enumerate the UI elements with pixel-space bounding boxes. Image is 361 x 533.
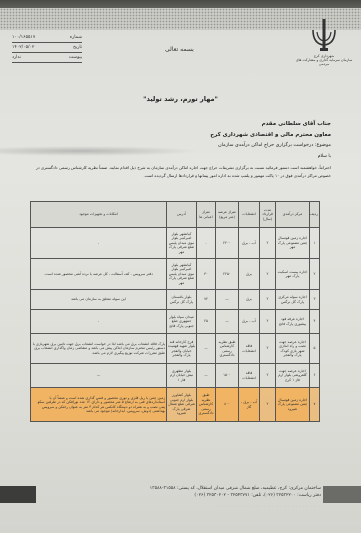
row-number: ۵ — [310, 334, 320, 364]
org-subtitle: سازمان سرمایه گذاری و مشارکت های مردمی — [295, 58, 353, 66]
building-area: ۷۲ — [197, 290, 216, 310]
utilities: آب - برق — [239, 228, 260, 259]
basmala: بسمه تعالی — [165, 46, 194, 53]
land-area: ۸۰۰ — [216, 388, 239, 422]
address: کیانشهر بلوار امیرکبیر بلوار نبوی میدان … — [167, 228, 197, 259]
header-cell: انشعابات — [239, 202, 260, 228]
header-cell: مدت قرارداد (سال) — [260, 202, 276, 228]
footer-bar-right — [323, 486, 361, 503]
table-header-row: ردیف مرکز درآمدی مدت قرارداد (سال) انشعا… — [31, 202, 320, 228]
revenue-center: اجاره غرفه فود پیشوری پارک فاتح — [276, 310, 310, 334]
date-label: تاریخ — [73, 43, 82, 52]
properties-table: ردیف مرکز درآمدی مدت قرارداد (سال) انشعا… — [30, 201, 320, 422]
utilities: آب - برق - گاز — [239, 388, 260, 422]
motto: "مهار تورم، رشد تولید" — [0, 95, 361, 103]
letter-page: شهرداری کرج سازمان سرمایه گذاری و مشارکت… — [0, 8, 361, 533]
utilities: برق — [239, 290, 260, 310]
date-value: ۱۴۰۲/۰۵/۰۲ — [12, 43, 34, 52]
header-cell: متراژ عرصه (متر مربع) — [216, 202, 239, 228]
recipient-name: جناب آقای سلطانی مقدم — [31, 121, 331, 127]
letter-date-row: تاریخ ۱۴۰۲/۰۵/۰۲ — [12, 43, 82, 53]
municipality-emblem-icon — [309, 18, 339, 54]
land-area: — — [216, 310, 239, 334]
letter-number-row: شماره ۱۰۰/۱۶۵۵۱۷ — [12, 33, 82, 43]
address: کیانشهر بلوار امیرکبیر بلوار نبوی میدان … — [167, 259, 197, 290]
organization-logo: شهرداری کرج سازمان سرمایه گذاری و مشارکت… — [295, 18, 353, 66]
contract-years: ۲ — [260, 334, 276, 364]
letter-attachment-row: پیوست ندارد — [12, 53, 82, 63]
utilities: آب - برق — [239, 310, 260, 334]
table-row: ۳ اجاره سوله مرکزی پارک گل نرگس ۲ برق — … — [31, 290, 320, 310]
revenue-center: اجاره زمین فوتسال چمن مصنوعی پارک شیرود — [276, 388, 310, 422]
building-area: ۳۰ — [197, 259, 216, 290]
land-area: ۱۵۰۰ — [216, 364, 239, 388]
revenue-center: اجاره سوله مرکزی پارک گل نرگس — [276, 290, 310, 310]
footer-address: ساختمان مرکزی: کرج، عظیمیه، ضلع شمال شرق… — [71, 486, 321, 499]
revenue-center: اجاره پیست اسکیت پارک مهر — [276, 259, 310, 290]
attachment-value: ندارد — [12, 53, 21, 62]
revenue-center: اجاره عرصه جهت نصب و راه اندازی شهر بازی… — [276, 334, 310, 364]
footer-faint-line: · · · · · · · · · · · · · · · · · · · · … — [81, 504, 321, 508]
facilities: دفتر سرویس - کف آسفالت - کل عرصه با نرده… — [31, 259, 167, 290]
greeting: با سلام — [31, 154, 331, 159]
recipient-title: معاون محترم مالی و اقتصادی شهرداری کرج — [31, 132, 331, 138]
facilities: - — [31, 228, 167, 259]
table-row: ۲ اجاره پیست اسکیت پارک مهر ۲ برق ۲۲۵۰ ۳… — [31, 259, 320, 290]
contract-years: ۲ — [260, 364, 276, 388]
utilities: برق — [239, 259, 260, 290]
address: بلوار مطهری نبش خیابان ارم فاز ۱ — [167, 364, 197, 388]
land-area: — — [216, 290, 239, 310]
number-value: ۱۰۰/۱۶۵۵۱۷ — [12, 33, 35, 42]
row-number: ۶ — [310, 364, 320, 388]
facilities: - — [31, 310, 167, 334]
body-paragraph: احتراماً، خواهشمند است دستور فرمائید نسب… — [31, 164, 331, 180]
row-number: ۴ — [310, 310, 320, 334]
row-number: ۳ — [310, 290, 320, 310]
facilities: — — [31, 364, 167, 388]
address: فرخ کارخانه قند بلوار شهید فهمیده خیابان… — [167, 334, 197, 364]
attachment-label: پیوست — [69, 53, 82, 62]
building-area: — — [197, 364, 216, 388]
table-row-highlighted: ۷ اجاره زمین فوتسال چمن مصنوعی پارک شیرو… — [31, 388, 320, 422]
building-area: — — [197, 334, 216, 364]
land-area: ۲۲۵۰ — [216, 259, 239, 290]
contract-years: ۲ — [260, 388, 276, 422]
building-area: - — [197, 228, 216, 259]
building-area: ۲۵ — [197, 310, 216, 334]
address: میدان سپاه بلوار جمهوری ضلع جنوبی پارک ف… — [167, 310, 197, 334]
header-cell: ردیف — [310, 202, 320, 228]
contract-years: ۲ — [260, 310, 276, 334]
table-row: ۶ اجاره عرصه جهت گلفروشی بلوار ارم فاز ۱… — [31, 364, 320, 388]
footer-line-phones: دفتر ریاست: ۳۲۵۳۲۲۰۰ (۰۲۶)، تلفن: ۳۲۵۴۳۷… — [71, 493, 321, 500]
utilities: فاقد انشعابات — [239, 334, 260, 364]
letter-meta: شماره ۱۰۰/۱۶۵۵۱۷ تاریخ ۱۴۰۲/۰۵/۰۲ پیوست … — [12, 33, 82, 63]
revenue-center: اجاره زمین فوتسال چمن مصنوعی پارک مهر — [276, 228, 310, 259]
revenue-center: اجاره عرصه جهت گلفروشی بلوار ارم فاز ۱ ک… — [276, 364, 310, 388]
row-number: ۲ — [310, 259, 320, 290]
contract-years: ۲ — [260, 290, 276, 310]
contract-years: ۲ — [260, 228, 276, 259]
utilities: فاقد انشعابات — [239, 364, 260, 388]
contract-years: ۲ — [260, 259, 276, 290]
table-row: ۵ اجاره عرصه جهت نصب و راه اندازی شهر با… — [31, 334, 320, 364]
building-area: طبق نظریه کارشناس رسمی دادگستری — [197, 388, 216, 422]
header-cell: مرکز درآمدی — [276, 202, 310, 228]
land-area: طبق نظریه کارشناس رسمی دادگستری — [216, 334, 239, 364]
table-row: ۴ اجاره غرفه فود پیشوری پارک فاتح ۲ آب -… — [31, 310, 320, 334]
facilities: زمین چمن با ریل فلزی و توری محصور و فنس … — [31, 388, 167, 422]
row-number: ۱ — [310, 228, 320, 259]
facilities: این سوله متعلق به سازمان می باشد — [31, 290, 167, 310]
address: بلوار باغستان پارک گل نرگس — [167, 290, 197, 310]
footer-bar-left — [0, 486, 36, 503]
land-area: ۲۲۰۰ — [216, 228, 239, 259]
number-label: شماره — [70, 33, 82, 42]
facilities: پارک فاقد انشعاب برق می باشد لذا در خواس… — [31, 334, 167, 364]
subject-line: موضوع: درخواست برگزاری حراج اماکن درآمدی… — [31, 143, 331, 148]
row-number: ۷ — [310, 388, 320, 422]
address: بلوار کشاورز بلوار ارم جنوبی شرقی ضلع شم… — [167, 388, 197, 422]
header-cell: امکانات و تجهیزات موجود — [31, 202, 167, 228]
header-cell: آدرس — [167, 202, 197, 228]
table-row: ۱ اجاره زمین فوتسال چمن مصنوعی پارک مهر … — [31, 228, 320, 259]
header-cell: متراژ اعیانی ها — [197, 202, 216, 228]
